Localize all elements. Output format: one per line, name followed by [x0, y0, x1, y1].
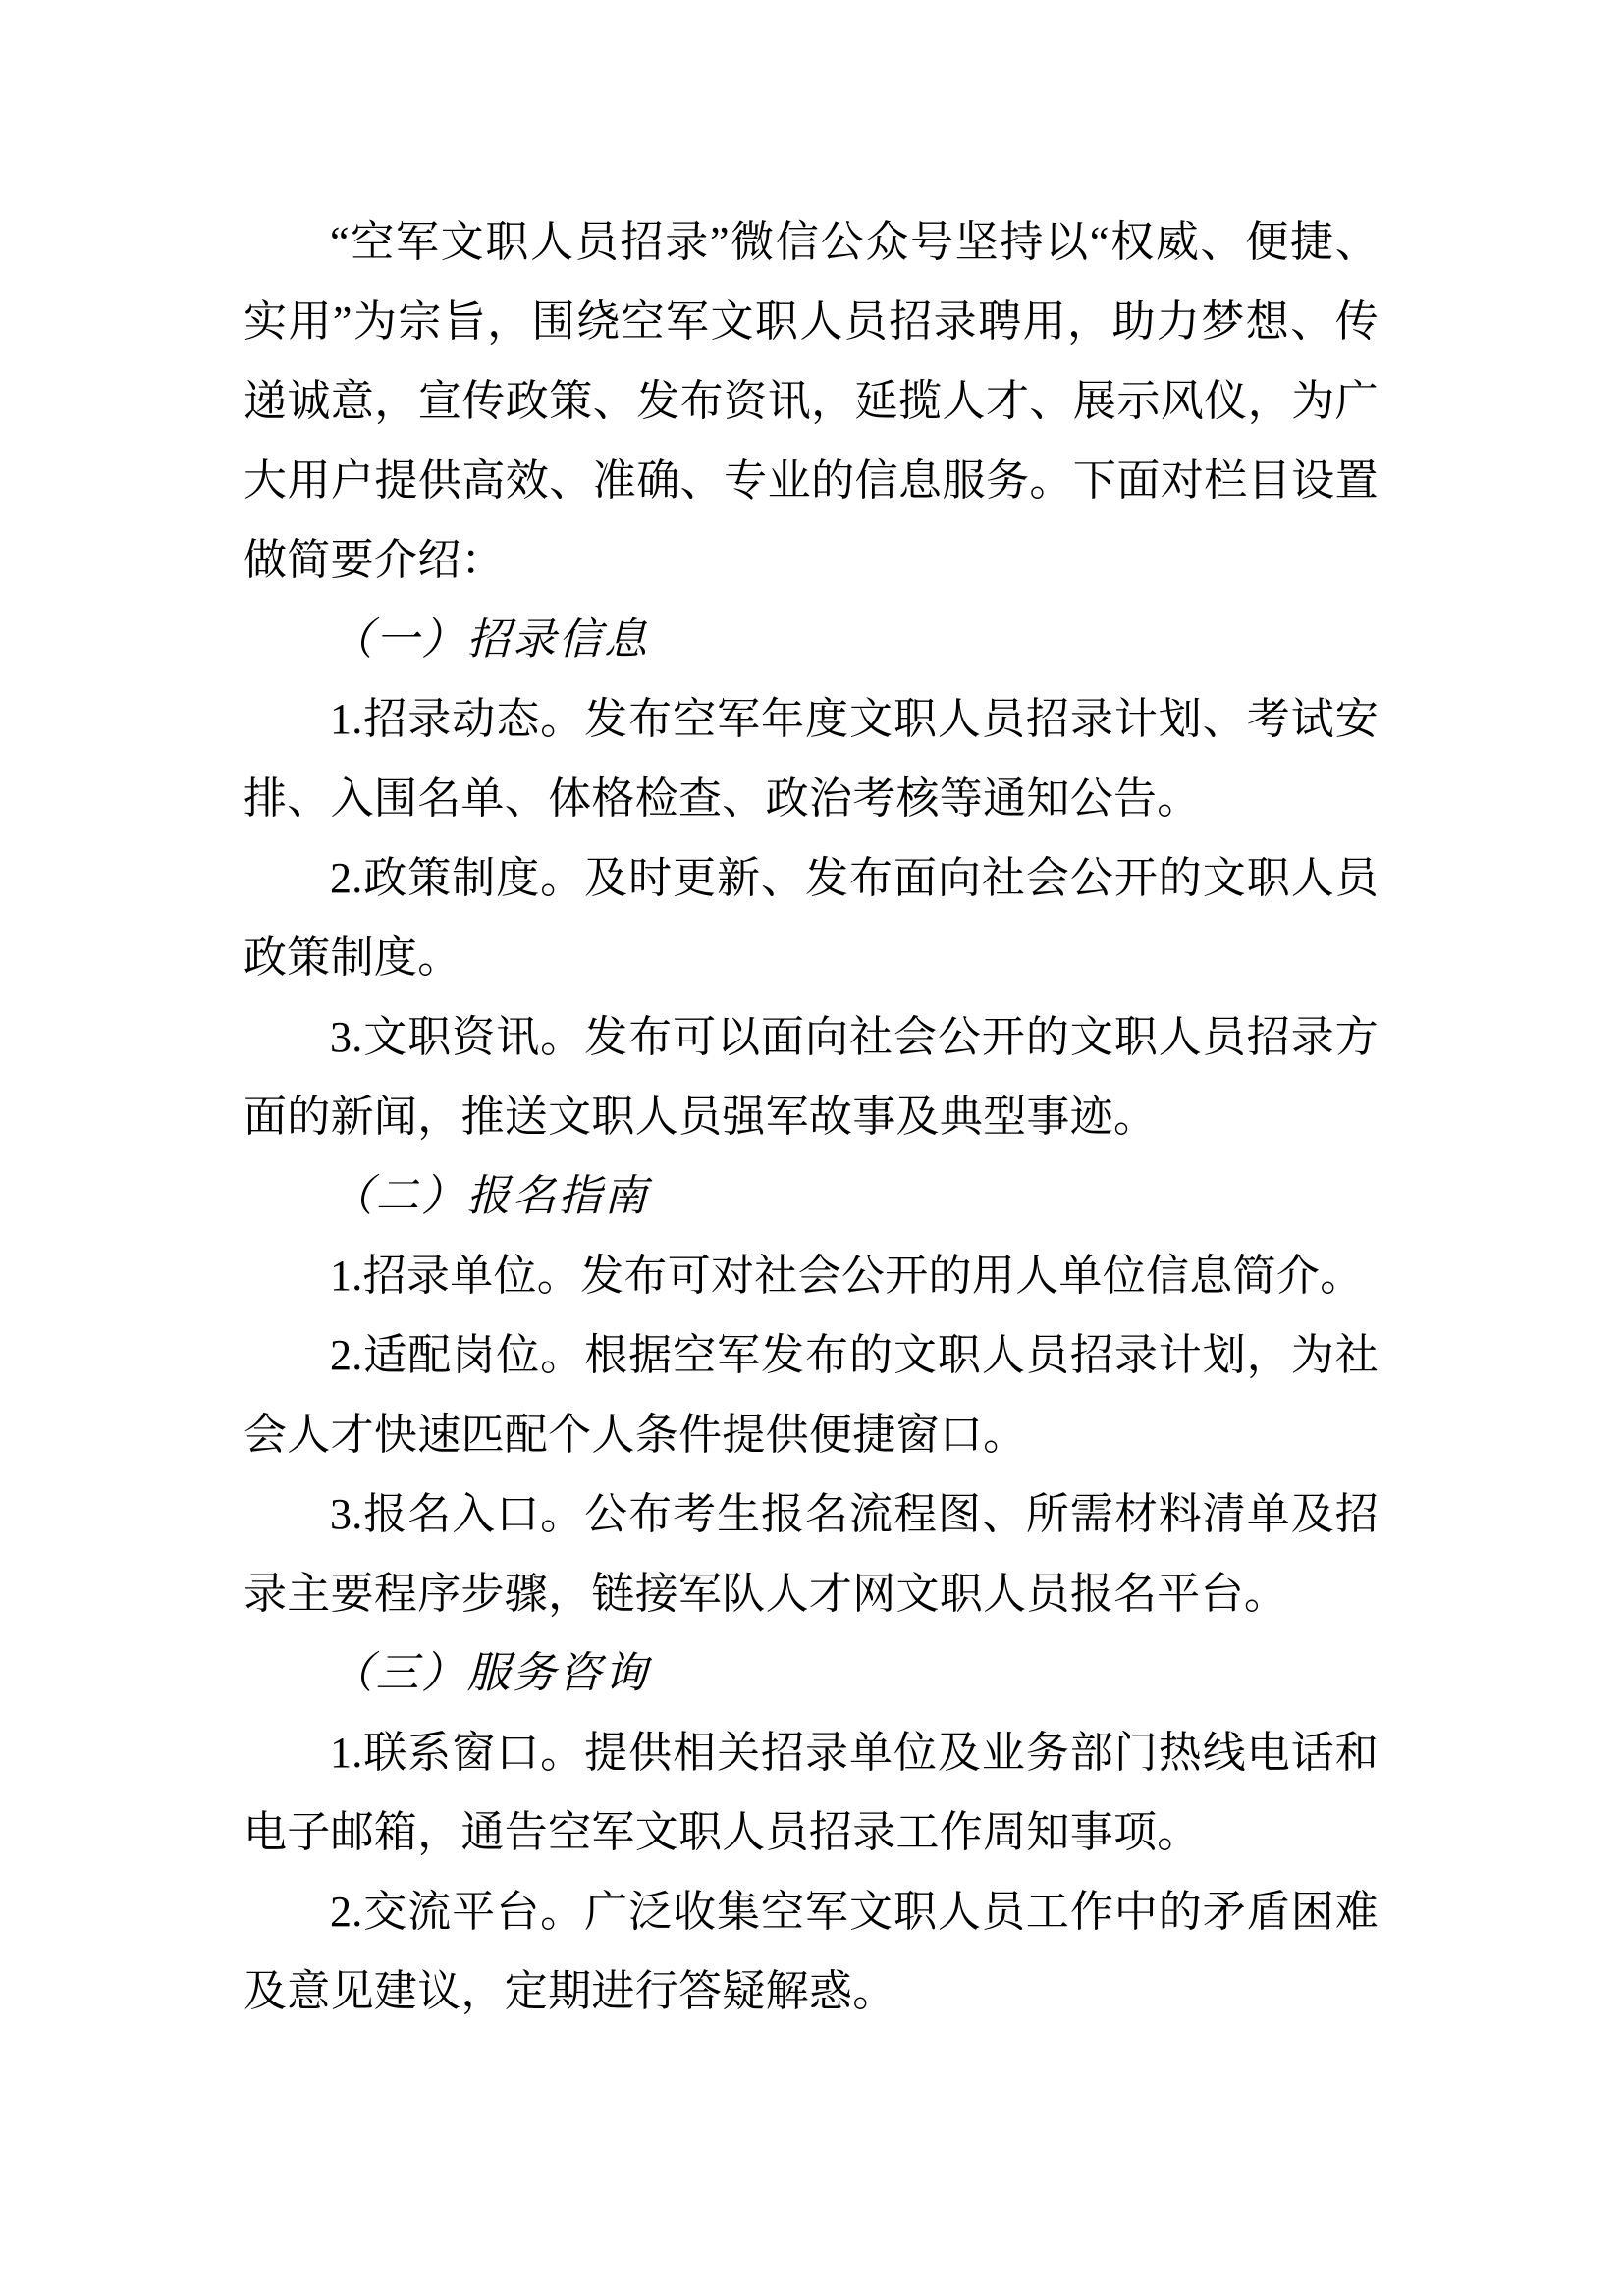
paragraph-civilian-news: 3.文职资讯。发布可以面向社会公开的文职人员招录方面的新闻，推送文职人员强军故事…	[244, 997, 1379, 1156]
paragraph-recruit-units: 1.招录单位。发布可对社会公开的用人单位信息简介。	[244, 1236, 1379, 1315]
paragraph-policy-system: 2.政策制度。及时更新、发布面向社会公开的文职人员政策制度。	[244, 838, 1379, 997]
paragraph-intro: “空军文职人员招录”微信公众号坚持以“权威、便捷、实用”为宗旨，围绕空军文职人员…	[244, 202, 1379, 600]
paragraph-position-matching: 2.适配岗位。根据空军发布的文职人员招录计划，为社会人才快速匹配个人条件提供便捷…	[244, 1315, 1379, 1474]
document-page: “空军文职人员招录”微信公众号坚持以“权威、便捷、实用”为宗旨，围绕空军文职人员…	[0, 0, 1624, 2296]
paragraph-contact-window: 1.联系窗口。提供相关招录单位及业务部门热线电话和电子邮箱，通告空军文职人员招录…	[244, 1713, 1379, 1872]
section-heading-service-consult: （三）服务咨询	[244, 1633, 1379, 1713]
section-heading-signup-guide: （二）报名指南	[244, 1156, 1379, 1236]
paragraph-signup-entry: 3.报名入口。公布考生报名流程图、所需材料清单及招录主要程序步骤，链接军队人才网…	[244, 1474, 1379, 1633]
section-heading-recruit-info: （一）招录信息	[244, 600, 1379, 679]
paragraph-recruit-dynamics: 1.招录动态。发布空军年度文职人员招录计划、考试安排、入围名单、体格检查、政治考…	[244, 679, 1379, 838]
paragraph-exchange-platform: 2.交流平台。广泛收集空军文职人员工作中的矛盾困难及意见建议，定期进行答疑解惑。	[244, 1872, 1379, 2031]
